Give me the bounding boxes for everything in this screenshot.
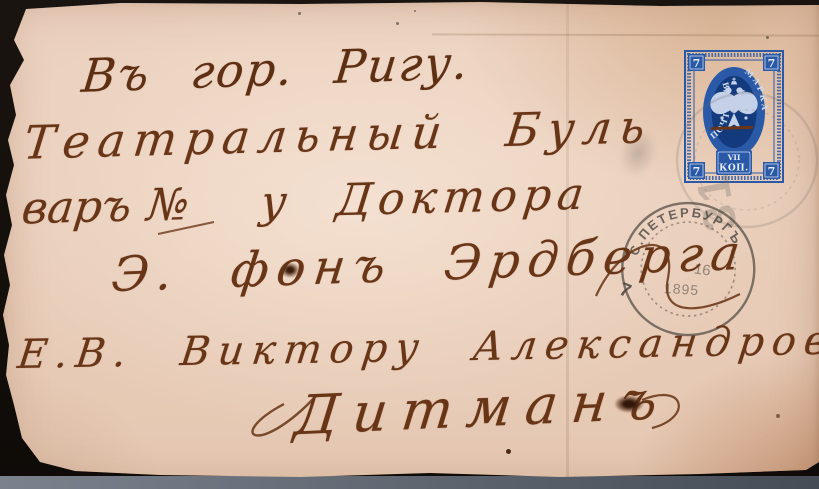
care-of-doctor: у Доктора bbox=[258, 168, 592, 228]
crown-cross-bar bbox=[732, 79, 736, 80]
stamp-corner-top-right: 7 bbox=[763, 54, 780, 71]
envelope-photo: 7 7 7 7 ПО bbox=[0, 0, 819, 489]
paper-speck bbox=[414, 10, 416, 12]
paper-speck bbox=[298, 12, 301, 15]
ink-dot bbox=[506, 449, 511, 454]
paper-speck bbox=[396, 22, 399, 25]
paper-crease-horizontal bbox=[432, 33, 819, 36]
numero-sign: № bbox=[144, 179, 191, 231]
table-edge-background bbox=[0, 476, 819, 489]
stamp-value-digit: 7 bbox=[768, 57, 776, 70]
stamp-value-digit: 7 bbox=[693, 57, 701, 70]
ink-blot bbox=[614, 395, 644, 413]
address-line-city: Въ гор. Ригу. bbox=[79, 35, 472, 103]
street-word: варъ bbox=[19, 180, 134, 234]
ink-blot bbox=[280, 262, 300, 278]
envelope-paper: 7 7 7 7 ПО bbox=[0, 0, 819, 489]
address-line-addressee: Е.В. Виктору Александровичу bbox=[15, 316, 819, 378]
address-line-street-2: варъ № у Доктора bbox=[19, 168, 592, 234]
paper-speck bbox=[766, 36, 769, 39]
paper-speck bbox=[776, 414, 780, 418]
stamp-corner-top-left: 7 bbox=[688, 54, 705, 71]
